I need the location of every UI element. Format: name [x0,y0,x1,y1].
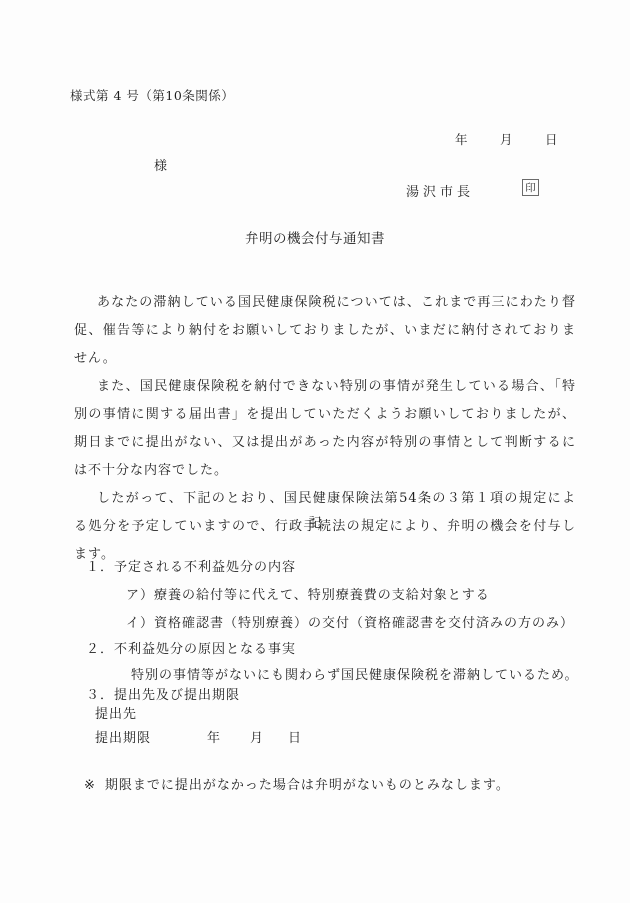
deadline-day-label: 日 [288,725,302,753]
document-title: 弁明の機会付与通知書 [0,227,630,247]
issue-date-year-label: 年 [455,130,468,148]
note: ※期限までに提出がなかった場合は弁明がないものとみなします。 [84,772,510,800]
issue-date-month-label: 月 [500,130,513,148]
sender-name: 湯沢市長 [406,181,474,200]
deadline-label: 提出期限 [95,725,151,753]
issue-date-day-label: 日 [545,130,558,148]
ki-heading: 記 [0,510,630,538]
seal-mark: 印 [522,179,539,196]
item1-sub-a: ア）療養の給付等に代えて、特別療養費の支給対象とする [126,582,490,610]
document-page: 様式第 4 号（第10条関係） 年 月 日 様 湯沢市長 印 弁明の機会付与通知… [0,0,630,903]
addressee-honorific: 様 [154,155,167,174]
item1-heading: １．予定される不利益処分の内容 [86,554,296,582]
form-number: 様式第 4 号（第10条関係） [70,86,234,104]
item2-heading: ２．不利益処分の原因となる事実 [86,636,296,664]
body-paragraph-1: あなたの滞納している国民健康保険税については、これまで再三にわたり督促、催告等に… [74,289,576,373]
deadline-month-label: 月 [250,725,264,753]
note-mark: ※ [84,778,96,793]
note-text: 期限までに提出がなかった場合は弁明がないものとみなします。 [105,778,510,793]
item1-sub-b: イ）資格確認書（特別療養）の交付（資格確認書を交付済みの方のみ） [126,610,574,638]
body-paragraph-2: また、国民健康保険税を納付できない特別の事情が発生している場合、「特別の事情に関… [74,373,576,485]
deadline-year-label: 年 [207,725,221,753]
